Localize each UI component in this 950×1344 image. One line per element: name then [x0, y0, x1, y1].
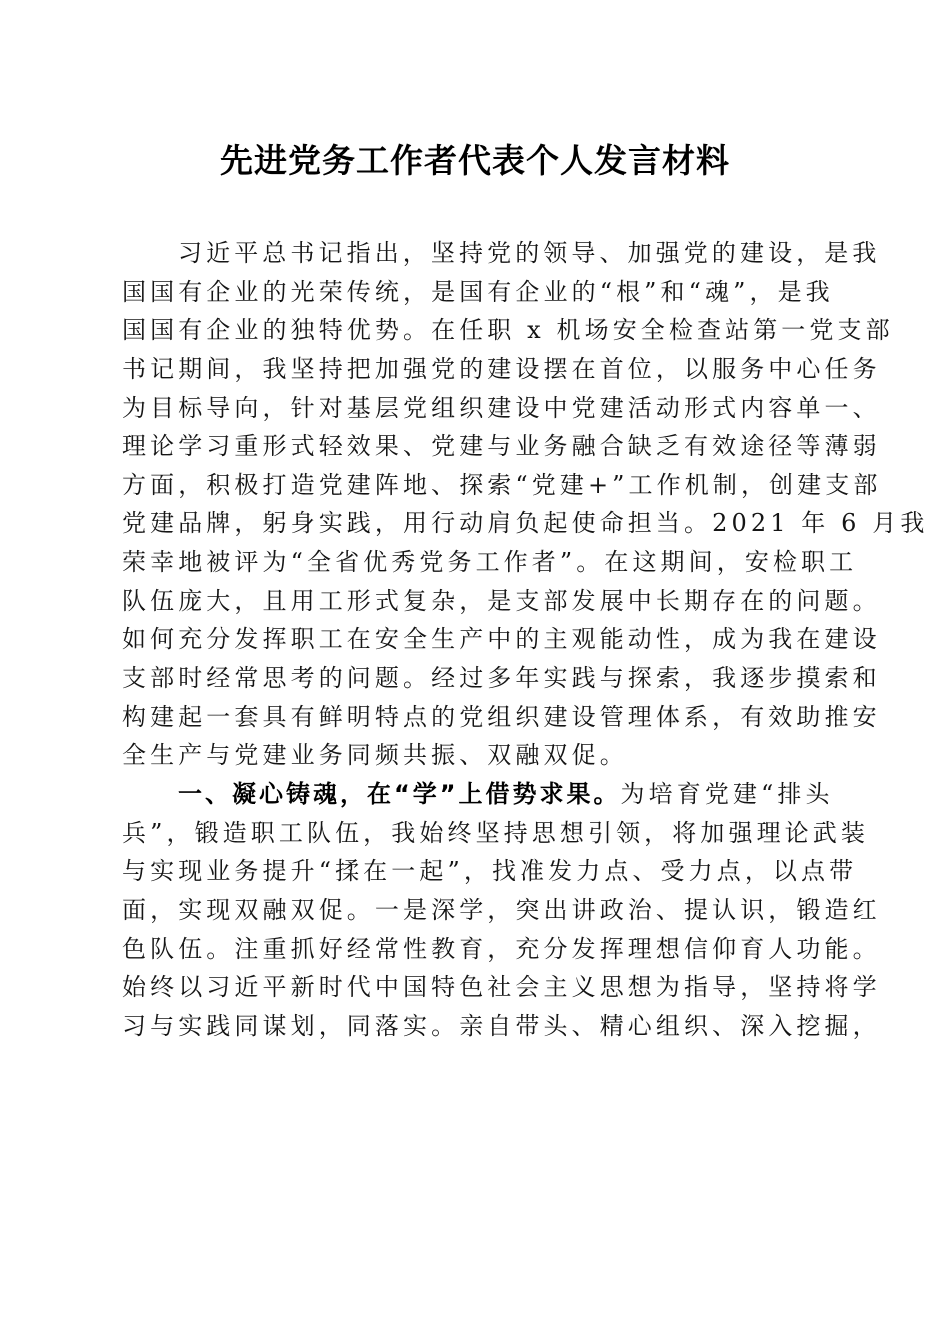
paragraph-line: 与实现业务提升“揉在一起”，找准发力点、受力点，以点带 — [122, 852, 824, 891]
paragraph-line: 党建品牌，躬身实践，用行动肩负起使命担当。2021 年 6 月我 — [122, 504, 824, 543]
paragraph-line: 支部时经常思考的问题。经过多年实践与探索，我逐步摸索和 — [122, 659, 824, 698]
intro-paragraph: 习近平总书记指出，坚持党的领导、加强党的建设，是我 国国有企业的光荣传统，是国有… — [122, 234, 824, 775]
paragraph-line: 兵”，锻造职工队伍，我始终坚持思想引领，将加强理论武装 — [122, 814, 824, 853]
paragraph-line: 始终以习近平新时代中国特色社会主义思想为指导，坚持将学 — [122, 968, 824, 1007]
paragraph-line: 书记期间，我坚持把加强党的建设摆在首位，以服务中心任务 — [122, 350, 824, 389]
paragraph-line: 理论学习重形式轻效果、党建与业务融合缺乏有效途径等薄弱 — [122, 427, 824, 466]
paragraph-line: 如何充分发挥职工在安全生产中的主观能动性，成为我在建设 — [122, 620, 824, 659]
document-page: 先进党务工作者代表个人发言材料 习近平总书记指出，坚持党的领导、加强党的建设，是… — [0, 0, 950, 1344]
paragraph-line: 方面，积极打造党建阵地、探索“党建+”工作机制，创建支部 — [122, 466, 824, 505]
paragraph-line: 色队伍。注重抓好经常性教育，充分发挥理想信仰育人功能。 — [122, 930, 824, 969]
paragraph-line: 荣幸地被评为“全省优秀党务工作者”。在这期间，安检职工 — [122, 543, 824, 582]
paragraph-line: 习与实践同谋划，同落实。亲自带头、精心组织、深入挖掘， — [122, 1007, 824, 1046]
document-body: 习近平总书记指出，坚持党的领导、加强党的建设，是我 国国有企业的光荣传统，是国有… — [122, 234, 824, 1045]
document-title: 先进党务工作者代表个人发言材料 — [0, 136, 950, 186]
paragraph-line: 国国有企业的独特优势。在任职 x 机场安全检查站第一党支部 — [122, 311, 824, 350]
paragraph-line: 为目标导向，针对基层党组织建设中党建活动形式内容单一、 — [122, 389, 824, 428]
section-heading: 一、凝心铸魂，在“学”上借势求果。 — [178, 780, 621, 808]
paragraph-line: 构建起一套具有鲜明特点的党组织建设管理体系，有效助推安 — [122, 698, 824, 737]
section-one-paragraph: 一、凝心铸魂，在“学”上借势求果。为培育党建“排头 兵”，锻造职工队伍，我始终坚… — [122, 775, 824, 1045]
paragraph-line: 全生产与党建业务同频共振、双融双促。 — [122, 736, 824, 775]
paragraph-line: 习近平总书记指出，坚持党的领导、加强党的建设，是我 — [122, 234, 824, 273]
paragraph-line: 队伍庞大，且用工形式复杂，是支部发展中长期存在的问题。 — [122, 582, 824, 621]
section-heading-continuation: 为培育党建“排头 — [621, 780, 834, 808]
section-heading-line: 一、凝心铸魂，在“学”上借势求果。为培育党建“排头 — [122, 775, 824, 814]
paragraph-line: 面，实现双融双促。一是深学，突出讲政治、提认识，锻造红 — [122, 891, 824, 930]
paragraph-line: 国国有企业的光荣传统，是国有企业的“根”和“魂”，是我 — [122, 273, 824, 312]
